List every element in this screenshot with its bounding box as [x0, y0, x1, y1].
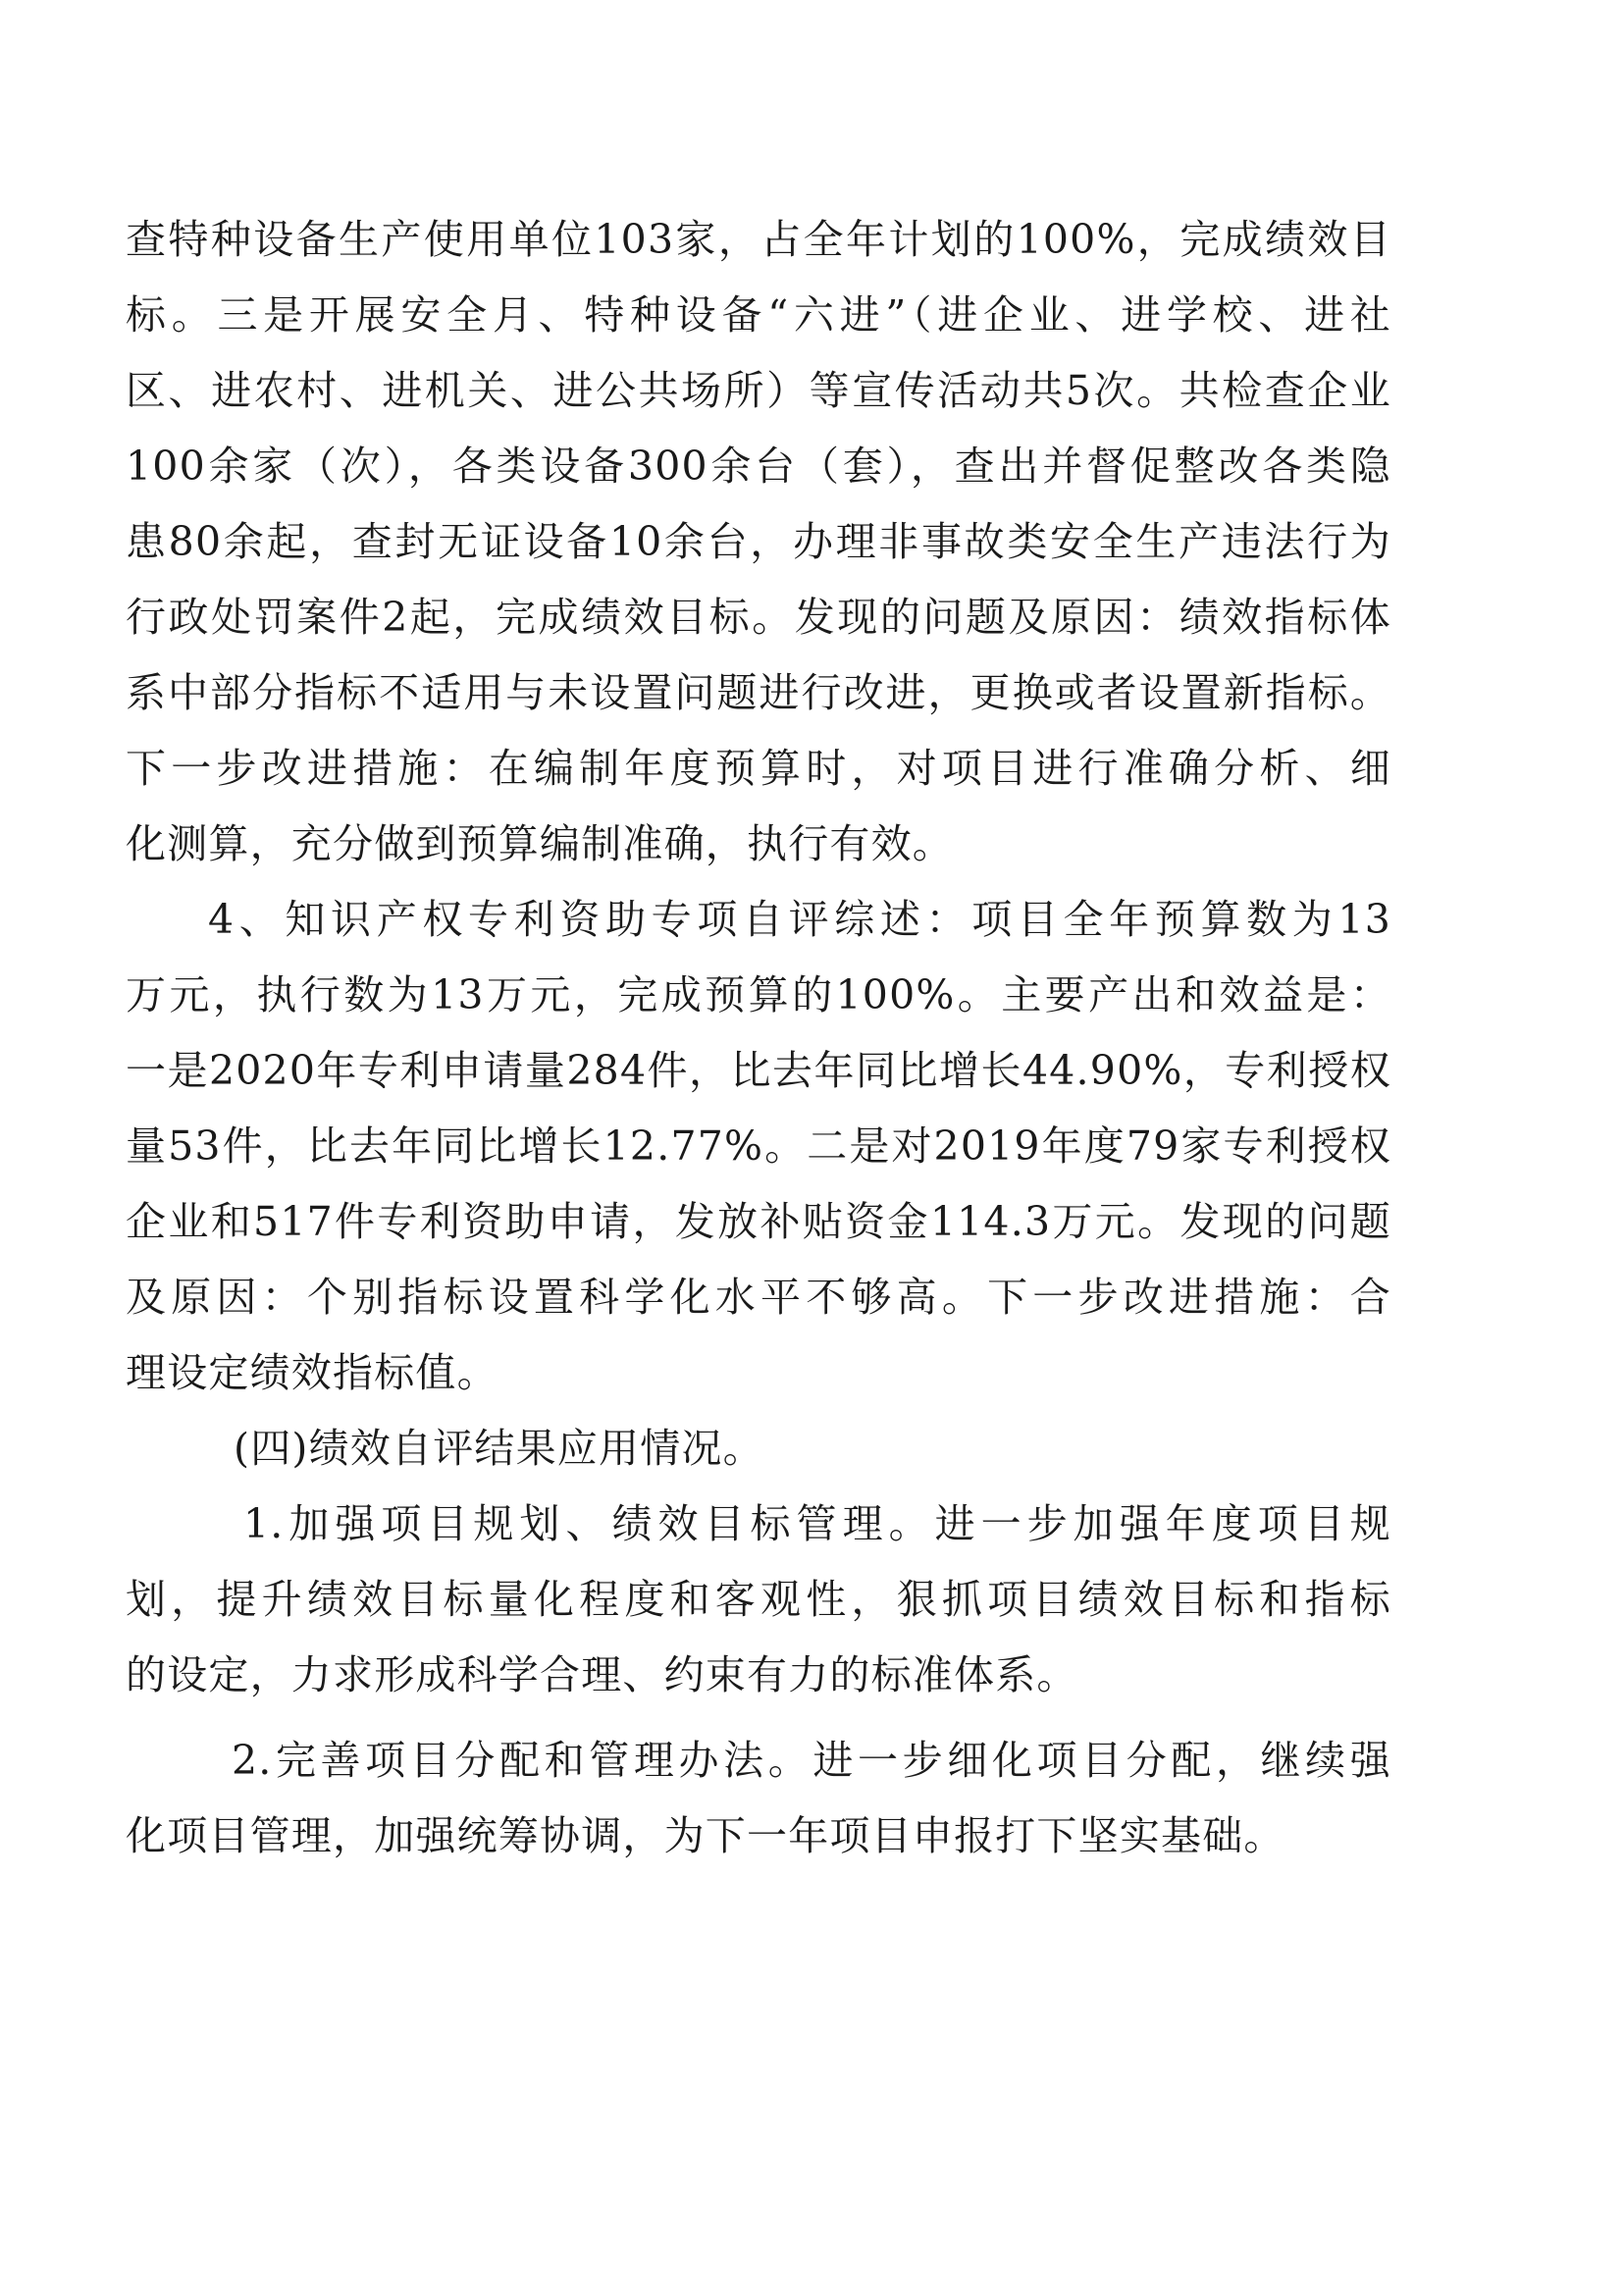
text-line: 2.完善项目分配和管理办法。进一步细化项目分配，继续强 — [126, 1731, 1391, 1806]
text-line: 企业和517件专利资助申请，发放补贴资金114.3万元。发现的问题 — [126, 1192, 1391, 1268]
section-heading: (四)绩效自评结果应用情况。 — [126, 1419, 1391, 1494]
text-line: 化测算，充分做到预算编制准确，执行有效。 — [126, 814, 1391, 890]
text-line: 1.加强项目规划、绩效目标管理。进一步加强年度项目规 — [126, 1494, 1391, 1570]
text-line: 一是2020年专利申请量284件，比去年同比增长44.90%，专利授权 — [126, 1041, 1391, 1117]
text-line: 区、进农村、进机关、进公共场所）等宣传活动共5次。共检查企业 — [126, 361, 1391, 437]
text-line: 量53件，比去年同比增长12.77%。二是对2019年度79家专利授权 — [126, 1117, 1391, 1192]
text-line: 下一步改进措施：在编制年度预算时，对项目进行准确分析、细 — [126, 739, 1391, 814]
text-line: 的设定，力求形成科学合理、约束有力的标准体系。 — [126, 1645, 1391, 1721]
section-heading-text: (四)绩效自评结果应用情况。 — [126, 1419, 1391, 1494]
list-item-1: 1.加强项目规划、绩效目标管理。进一步加强年度项目规 划，提升绩效目标量化程度和… — [126, 1494, 1391, 1721]
text-line: 万元，执行数为13万元，完成预算的100%。主要产出和效益是： — [126, 965, 1391, 1041]
spacer — [126, 1721, 1391, 1731]
text-line: 化项目管理，加强统筹协调，为下一年项目申报打下坚实基础。 — [126, 1806, 1391, 1882]
paragraph-special-equipment: 查特种设备生产使用单位103家，占全年计划的100%，完成绩效目 标。三是开展安… — [126, 210, 1391, 890]
text-line: 查特种设备生产使用单位103家，占全年计划的100%，完成绩效目 — [126, 210, 1391, 286]
text-line: 及原因：个别指标设置科学化水平不够高。下一步改进措施：合 — [126, 1268, 1391, 1343]
text-line: 4、知识产权专利资助专项自评综述：项目全年预算数为13 — [126, 890, 1391, 965]
text-line: 患80余起，查封无证设备10余台，办理非事故类安全生产违法行为 — [126, 512, 1391, 588]
text-line: 系中部分指标不适用与未设置问题进行改进，更换或者设置新指标。 — [126, 663, 1391, 739]
paragraph-patent-subsidy: 4、知识产权专利资助专项自评综述：项目全年预算数为13 万元，执行数为13万元，… — [126, 890, 1391, 1419]
list-item-2: 2.完善项目分配和管理办法。进一步细化项目分配，继续强 化项目管理，加强统筹协调… — [126, 1731, 1391, 1882]
text-line: 理设定绩效指标值。 — [126, 1343, 1391, 1419]
text-line: 划，提升绩效目标量化程度和客观性，狠抓项目绩效目标和指标 — [126, 1570, 1391, 1645]
text-line: 标。三是开展安全月、特种设备“六进”（进企业、进学校、进社 — [126, 286, 1391, 361]
text-line: 行政处罚案件2起，完成绩效目标。发现的问题及原因：绩效指标体 — [126, 588, 1391, 663]
text-line: 100余家（次），各类设备300余台（套），查出并督促整改各类隐 — [126, 437, 1391, 512]
document-page: 查特种设备生产使用单位103家，占全年计划的100%，完成绩效目 标。三是开展安… — [126, 210, 1391, 1882]
